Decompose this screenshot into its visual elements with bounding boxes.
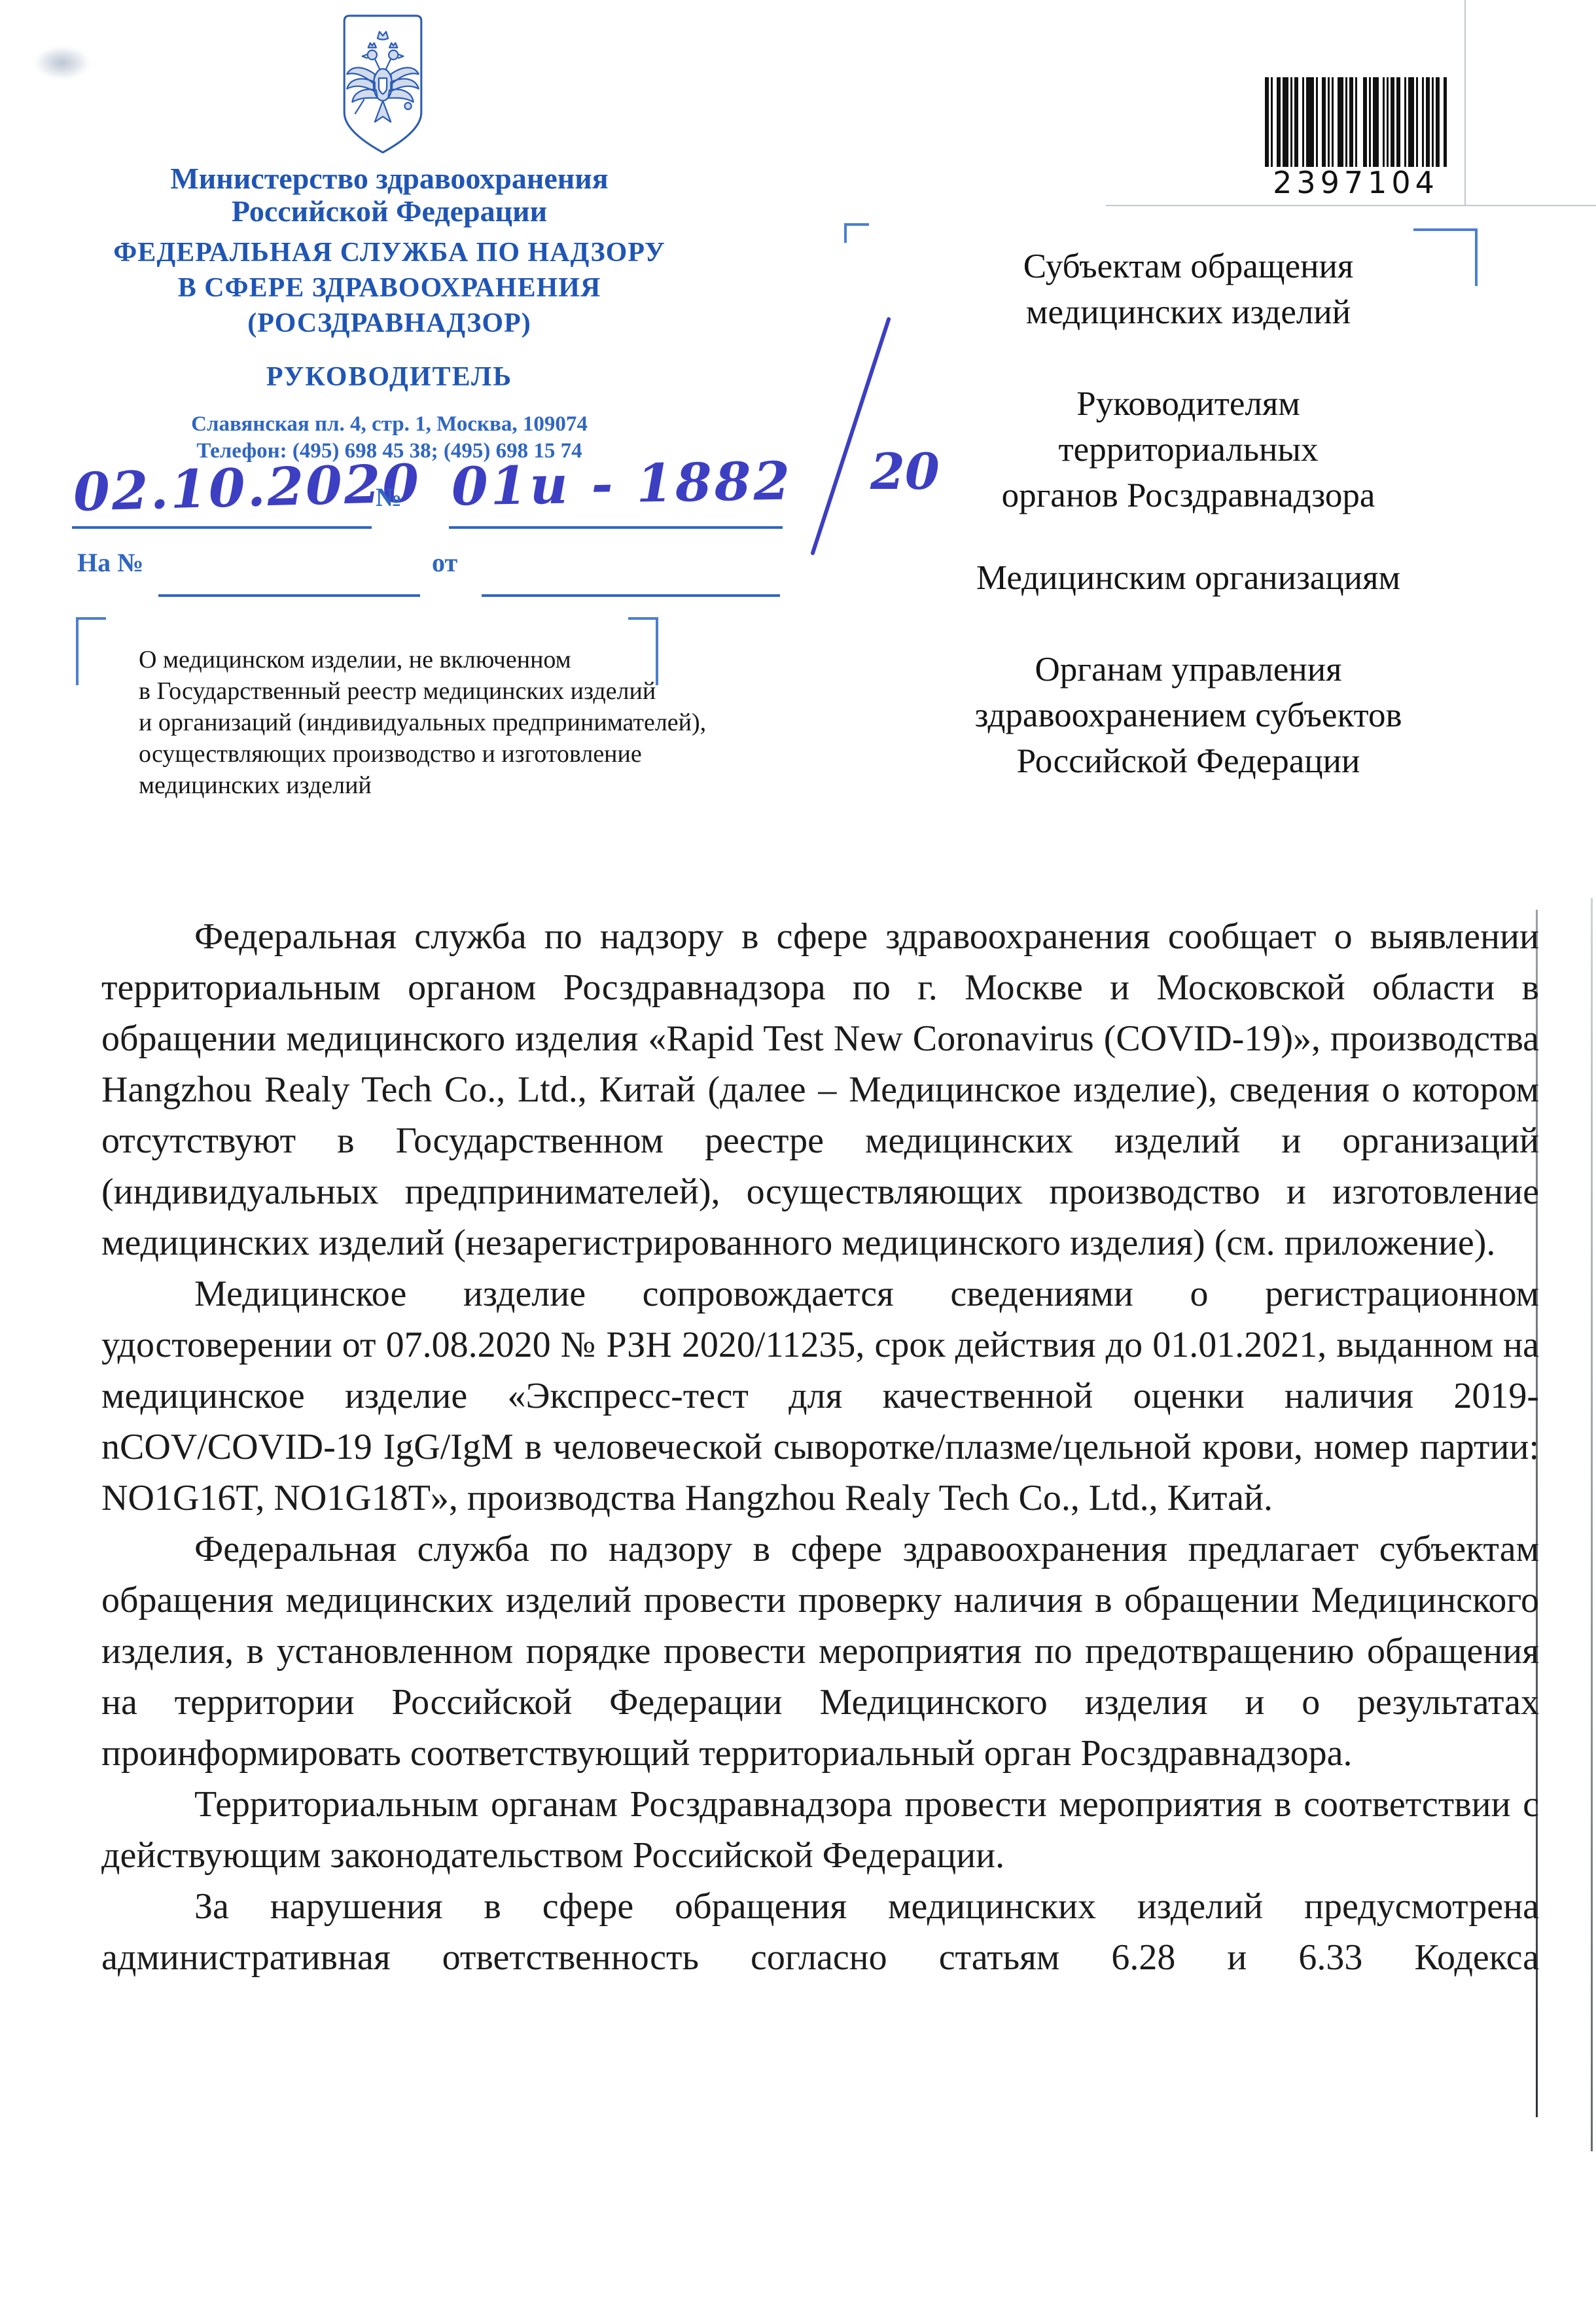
subject-line: в Государственный реестр медицинских изд… [139,675,885,707]
subject-line: и организаций (индивидуальных предприним… [139,707,885,738]
number-underline [449,526,783,529]
in-reply-from-label: от [432,547,457,578]
subject-block: О медицинском изделии, не включенномв Го… [139,644,885,801]
recip-line: здравоохранением субъектов [844,692,1533,738]
barcode-bar [1444,77,1447,167]
barcode-bar [1373,77,1379,167]
para: За нарушения в сфере обращения медицинск… [101,1881,1539,1983]
handwritten-number: 01и - 1882 [451,450,793,517]
in-reply-number-underline [158,594,420,597]
service-name-line1: ФЕДЕРАЛЬНАЯ СЛУЖБА ПО НАДЗОРУ [26,237,753,268]
scan-smudge [34,46,90,80]
date-underline [72,526,372,529]
handwritten-date: 02.10.2020 [73,452,421,523]
recip-line: Органам управления [844,647,1533,692]
recipient-group-health-authorities: Органам управленияздравоохранением субъе… [844,647,1533,784]
recip-line: Медицинским организациям [844,555,1533,601]
barcode-frame-horizontal-line [1106,205,1596,206]
barcode-digits: 2397104 [1260,165,1452,200]
barcode-bar [1306,77,1314,167]
subject-corner-top-right [628,617,658,620]
recip-line: медицинских изделий [844,289,1533,335]
in-reply-date-underline [482,594,780,597]
recip-line: Субъектам обращения [844,243,1533,289]
para: Медицинское изделие сопровождается сведе… [101,1268,1539,1524]
barcode-bar [1283,77,1288,167]
recipient-group-medical-organizations: Медицинским организациям [844,555,1533,601]
para: Федеральная служба по надзору в сфере зд… [101,1524,1539,1779]
para: Территориальным органам Росздравнадзора … [101,1779,1539,1881]
barcode [1265,77,1447,167]
address-line: Славянская пл. 4, стр. 1, Москва, 109074 [26,412,753,437]
para: Федеральная служба по надзору в сфере зд… [101,911,1539,1268]
barcode-gap [1357,77,1363,167]
subject-corner-top-left [76,617,79,685]
ministry-name-line1: Министерство здравоохранения [26,161,753,196]
subject-line: медицинских изделий [139,770,885,801]
barcode-frame-vertical-line [1464,0,1466,206]
recipient-group-subjects: Субъектам обращениямедицинских изделий [844,243,1533,335]
position-title: РУКОВОДИТЕЛЬ [26,361,753,393]
recipient-corner-top-left [844,223,847,243]
recip-line: органов Росздравнадзора [844,473,1533,518]
recip-line: территориальных [844,427,1533,473]
recip-line: Руководителям [844,381,1533,427]
scan-edge-line [1591,898,1593,2151]
in-reply-to-label: На № [77,547,143,578]
recip-line: Российской Федерации [844,738,1533,784]
body-text: Федеральная служба по надзору в сфере зд… [101,911,1539,1983]
ministry-name-line2: Российской Федерации [26,194,753,228]
subject-corner-top-left [76,617,106,620]
recipient-corner-top-left [844,223,869,226]
barcode-bar [1338,77,1343,167]
number-sign: № [376,482,402,512]
barcode-bar [1408,77,1414,167]
subject-line: О медицинском изделии, не включенном [139,644,885,675]
recipient-corner-top-right [1413,228,1478,231]
recipient-group-territorial-heads: Руководителямтерриториальныхорганов Росз… [844,381,1533,518]
scanned-letter-page: 2397104 Министерство здравоох [0,0,1596,2307]
service-name-line3: (РОСЗДРАВНАДЗОР) [26,308,753,339]
russia-coat-of-arms-icon [342,13,424,156]
service-name-line2: В СФЕРЕ ЗДРАВООХРАНЕНИЯ [26,272,753,304]
subject-line: осуществляющих производство и изготовлен… [139,738,885,770]
